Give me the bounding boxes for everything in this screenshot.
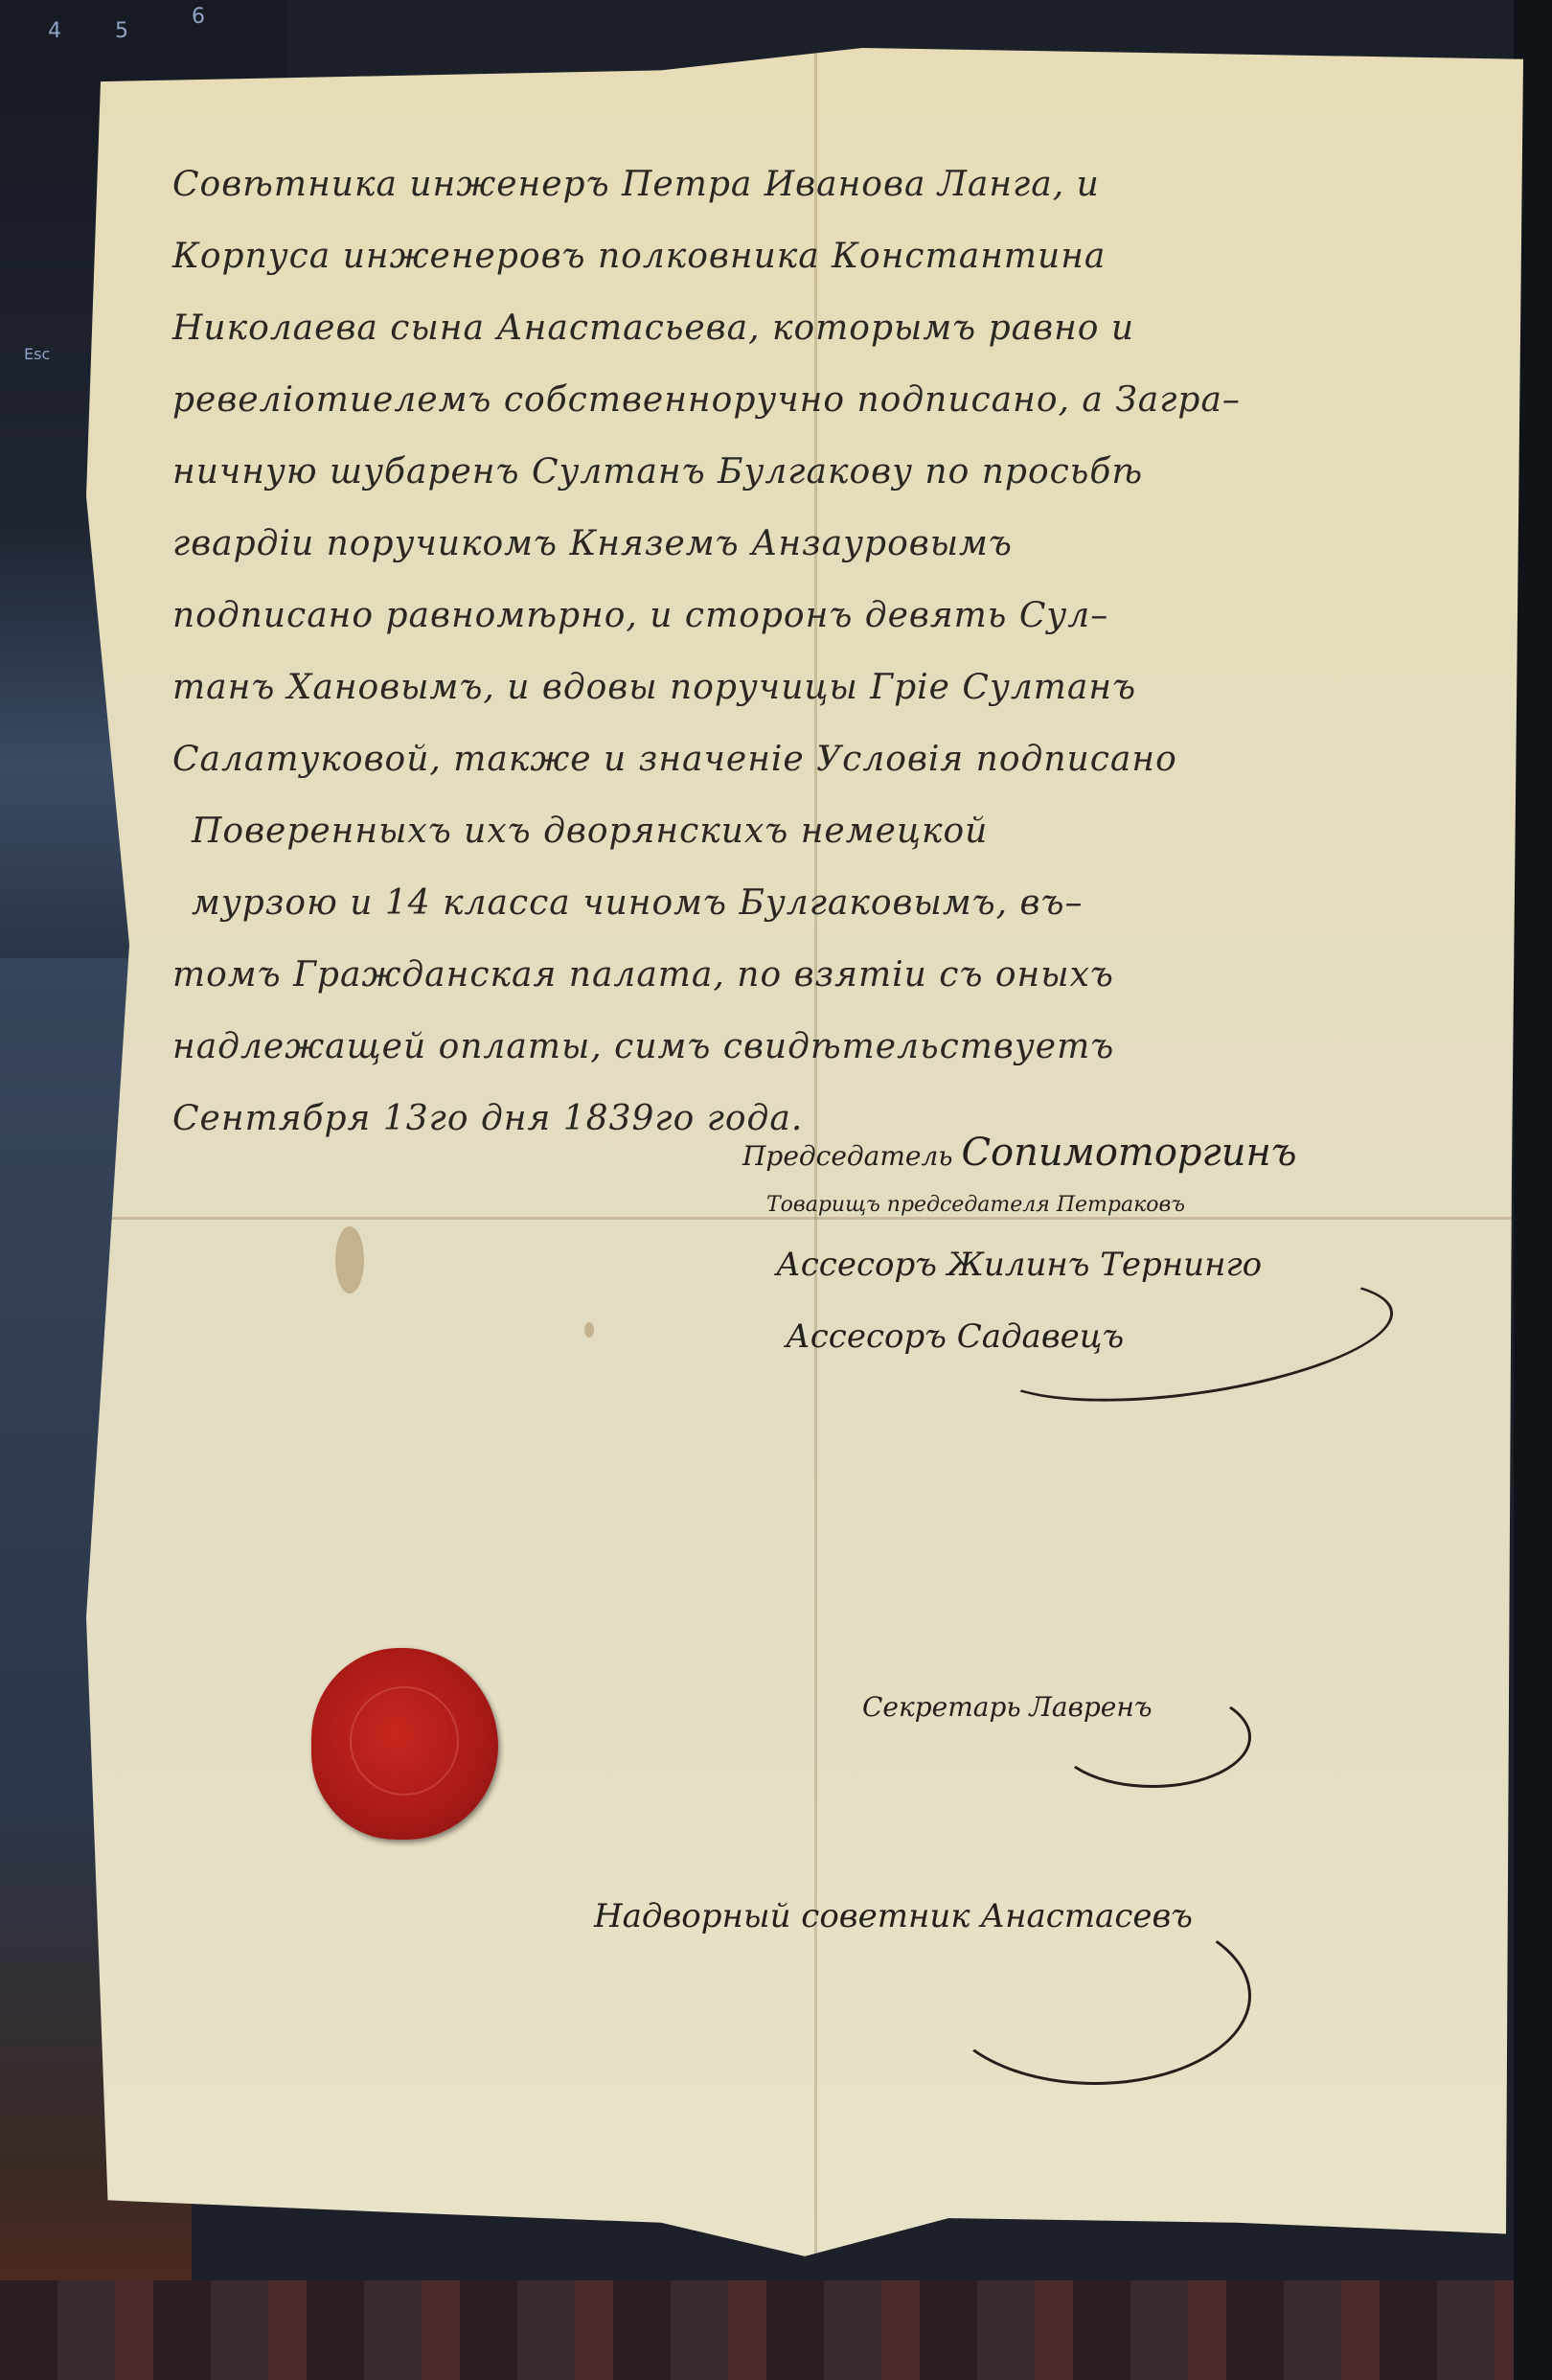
body-line: Поверенныхъ ихъ дворянскихъ немецкой — [172, 795, 1322, 867]
seal-emblem — [350, 1686, 459, 1796]
key-label: 4 — [48, 19, 61, 43]
body-line: Совѣтника инженеръ Петра Иванова Ланга, … — [172, 149, 1322, 220]
key-label: 5 — [115, 19, 128, 43]
signature-chairman: Председатель Сопимоторгинъ — [742, 1131, 1297, 1175]
stain — [335, 1226, 364, 1293]
body-line: Николаева сына Анастасьева, которымъ рав… — [172, 292, 1322, 364]
signature-name: Петраковъ — [1057, 1193, 1185, 1217]
key-label: Esc — [24, 345, 50, 363]
background-carpet — [0, 2280, 1552, 2380]
body-line: подписано равномѣрно, и сторонъ девять С… — [172, 580, 1322, 652]
signature-name: Сопимоторгинъ — [961, 1131, 1296, 1175]
signature-flourish — [939, 1907, 1251, 2085]
signature-assessor-1: Ассесоръ Жилинъ Тернинго — [776, 1246, 1262, 1284]
stain — [584, 1322, 594, 1338]
body-line: Корпуса инженеровъ полковника Константин… — [172, 220, 1322, 292]
signature-deputy: Товарищъ председателя Петраковъ — [766, 1193, 1185, 1217]
body-line: танъ Хановымъ, и вдовы поручицы Грiе Сул… — [172, 652, 1322, 723]
body-line: ревеліотиелемъ собственноручно подписано… — [172, 364, 1322, 436]
body-line: гвардіи поручикомъ Княземъ Анзауровымъ — [172, 508, 1322, 580]
signature-role: Секретарь — [862, 1691, 1021, 1723]
signature-role: Надворный советник — [594, 1897, 970, 1935]
fold-line-horizontal — [86, 1217, 1523, 1220]
body-line: мурзою и 14 класса чиномъ Булгаковымъ, в… — [172, 867, 1322, 939]
wax-seal-icon — [311, 1648, 498, 1840]
key-label: 6 — [192, 5, 205, 29]
signature-flourish — [1054, 1686, 1251, 1788]
signature-name: Жилинъ Тернинго — [947, 1246, 1262, 1284]
body-line: ничную шубаренъ Султанъ Булгакову по про… — [172, 436, 1322, 508]
document-body: Совѣтника инженеръ Петра Иванова Ланга, … — [172, 149, 1322, 1155]
body-line: томъ Гражданская палата, по взятіи съ он… — [172, 939, 1322, 1011]
body-line: надлежащей оплаты, симъ свидѣтельствуетъ — [172, 1011, 1322, 1083]
signature-role: Председатель — [742, 1140, 953, 1172]
body-line: Салатуковой, также и значеніе Условія по… — [172, 723, 1322, 795]
signature-role: Ассесоръ — [786, 1317, 947, 1356]
signature-role: Ассесоръ — [776, 1246, 937, 1284]
signature-role: Товарищъ председателя — [766, 1193, 1050, 1217]
